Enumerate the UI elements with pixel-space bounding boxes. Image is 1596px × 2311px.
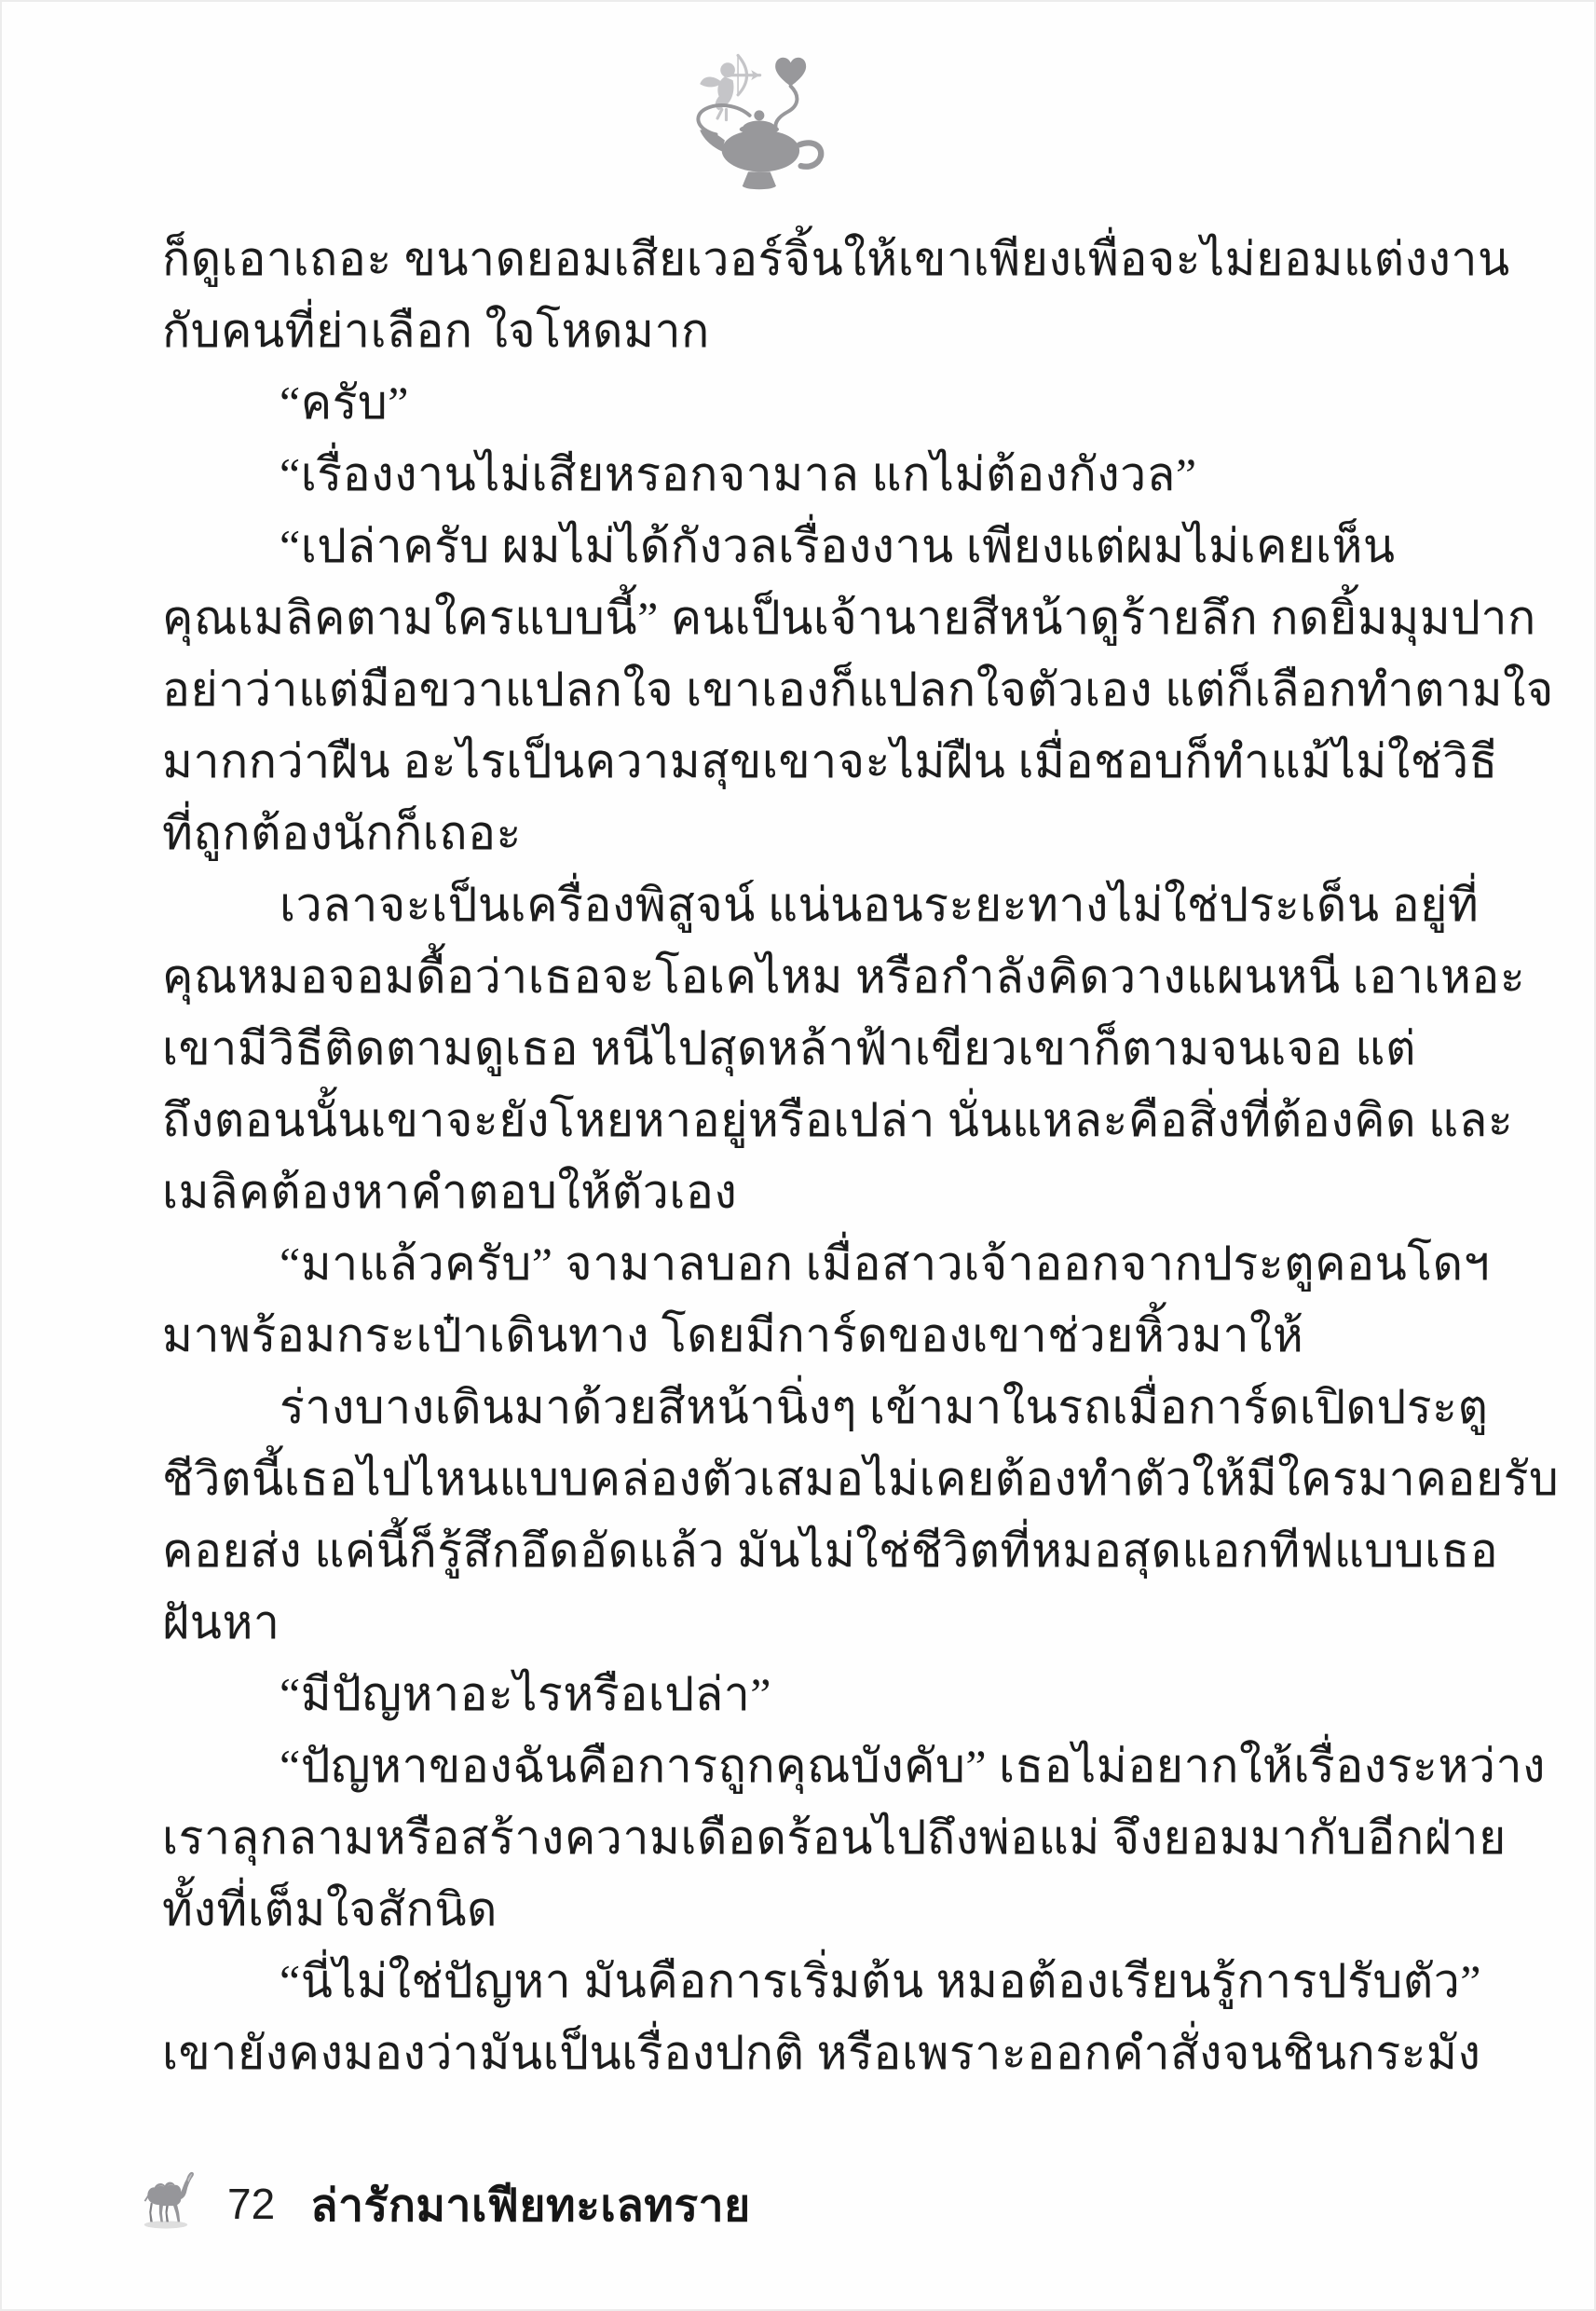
- text-line: ก็ดูเอาเถอะ ขนาดยอมเสียเวอร์จิ้นให้เขาเพ…: [162, 224, 1366, 295]
- smoke-swirl: [775, 86, 797, 129]
- book-title: ล่ารักมาเฟียทะเลทราย: [310, 2184, 751, 2231]
- genie-lamp-icon: [700, 110, 821, 189]
- heart-icon: [775, 58, 806, 87]
- text-line: ถึงตอนนั้นเขาจะยังโหยหาอยู่หรือเปล่า นั่…: [162, 1085, 1366, 1156]
- text-line: มาพร้อมกระเป๋าเดินทาง โดยมีการ์ดของเขาช่…: [162, 1300, 1366, 1372]
- text-line: เขามีวิธีติดตามดูเธอ หนีไปสุดหล้าฟ้าเขีย…: [162, 1013, 1366, 1085]
- text-line: มากกว่าฝืน อะไรเป็นความสุขเขาจะไม่ฝืน เม…: [162, 726, 1366, 798]
- text-line: คอยส่ง แค่นี้ก็รู้สึกอึดอัดแล้ว มันไม่ใช…: [162, 1515, 1366, 1587]
- text-line: “เปล่าครับ ผมไม่ได้กังวลเรื่องงาน เพียงแ…: [162, 511, 1366, 582]
- camel-icon: [138, 2160, 196, 2231]
- text-line: ร่างบางเดินมาด้วยสีหน้านิ่งๆ เข้ามาในรถเ…: [162, 1372, 1366, 1443]
- page-number: 72: [227, 2182, 275, 2231]
- book-page: ก็ดูเอาเถอะ ขนาดยอมเสียเวอร์จิ้นให้เขาเพ…: [0, 0, 1596, 2311]
- text-block: ก็ดูเอาเถอะ ขนาดยอมเสียเวอร์จิ้นให้เขาเพ…: [162, 224, 1366, 2089]
- text-line: กับคนที่ย่าเลือก ใจโหดมาก: [162, 295, 1366, 367]
- text-line: “นี่ไม่ใช่ปัญหา มันคือการเริ่มต้น หมอต้อ…: [162, 1946, 1366, 2017]
- text-line: อย่าว่าแต่มือขวาแปลกใจ เขาเองก็แปลกใจตัว…: [162, 654, 1366, 726]
- text-line: “ครับ”: [162, 367, 1366, 439]
- text-line: เวลาจะเป็นเครื่องพิสูจน์ แน่นอนระยะทางไม…: [162, 869, 1366, 941]
- text-line: “มีปัญหาอะไรหรือเปล่า”: [162, 1659, 1366, 1730]
- text-line: “ปัญหาของฉันคือการถูกคุณบังคับ” เธอไม่อย…: [162, 1730, 1366, 1802]
- text-line: คุณเมลิคตามใครแบบนี้” คนเป็นเจ้านายสีหน้…: [162, 582, 1366, 654]
- text-line: “มาแล้วครับ” จามาลบอก เมื่อสาวเจ้าออกจาก…: [162, 1228, 1366, 1300]
- text-line: “เรื่องงานไม่เสียหรอกจามาล แกไม่ต้องกังว…: [162, 439, 1366, 511]
- page-footer: 72 ล่ารักมาเฟียทะเลทราย: [138, 2160, 751, 2231]
- text-line: ทั้งที่เต็มใจสักนิด: [162, 1874, 1366, 1946]
- text-line: คุณหมอจอมดื้อว่าเธอจะโอเคไหม หรือกำลังคิ…: [162, 941, 1366, 1013]
- cupid-icon: [700, 55, 759, 119]
- text-line: เราลุกลามหรือสร้างความเดือดร้อนไปถึงพ่อแ…: [162, 1802, 1366, 1874]
- genie-lamp-cupid-icon: [680, 47, 834, 200]
- text-line: เขายังคงมองว่ามันเป็นเรื่องปกติ หรือเพรา…: [162, 2017, 1366, 2089]
- text-line: ฝันหา: [162, 1587, 1366, 1659]
- text-line: ชีวิตนี้เธอไปไหนแบบคล่องตัวเสมอไม่เคยต้อ…: [162, 1443, 1366, 1515]
- text-line: เมลิคต้องหาคำตอบให้ตัวเอง: [162, 1156, 1366, 1228]
- text-line: ที่ถูกต้องนักก็เถอะ: [162, 798, 1366, 869]
